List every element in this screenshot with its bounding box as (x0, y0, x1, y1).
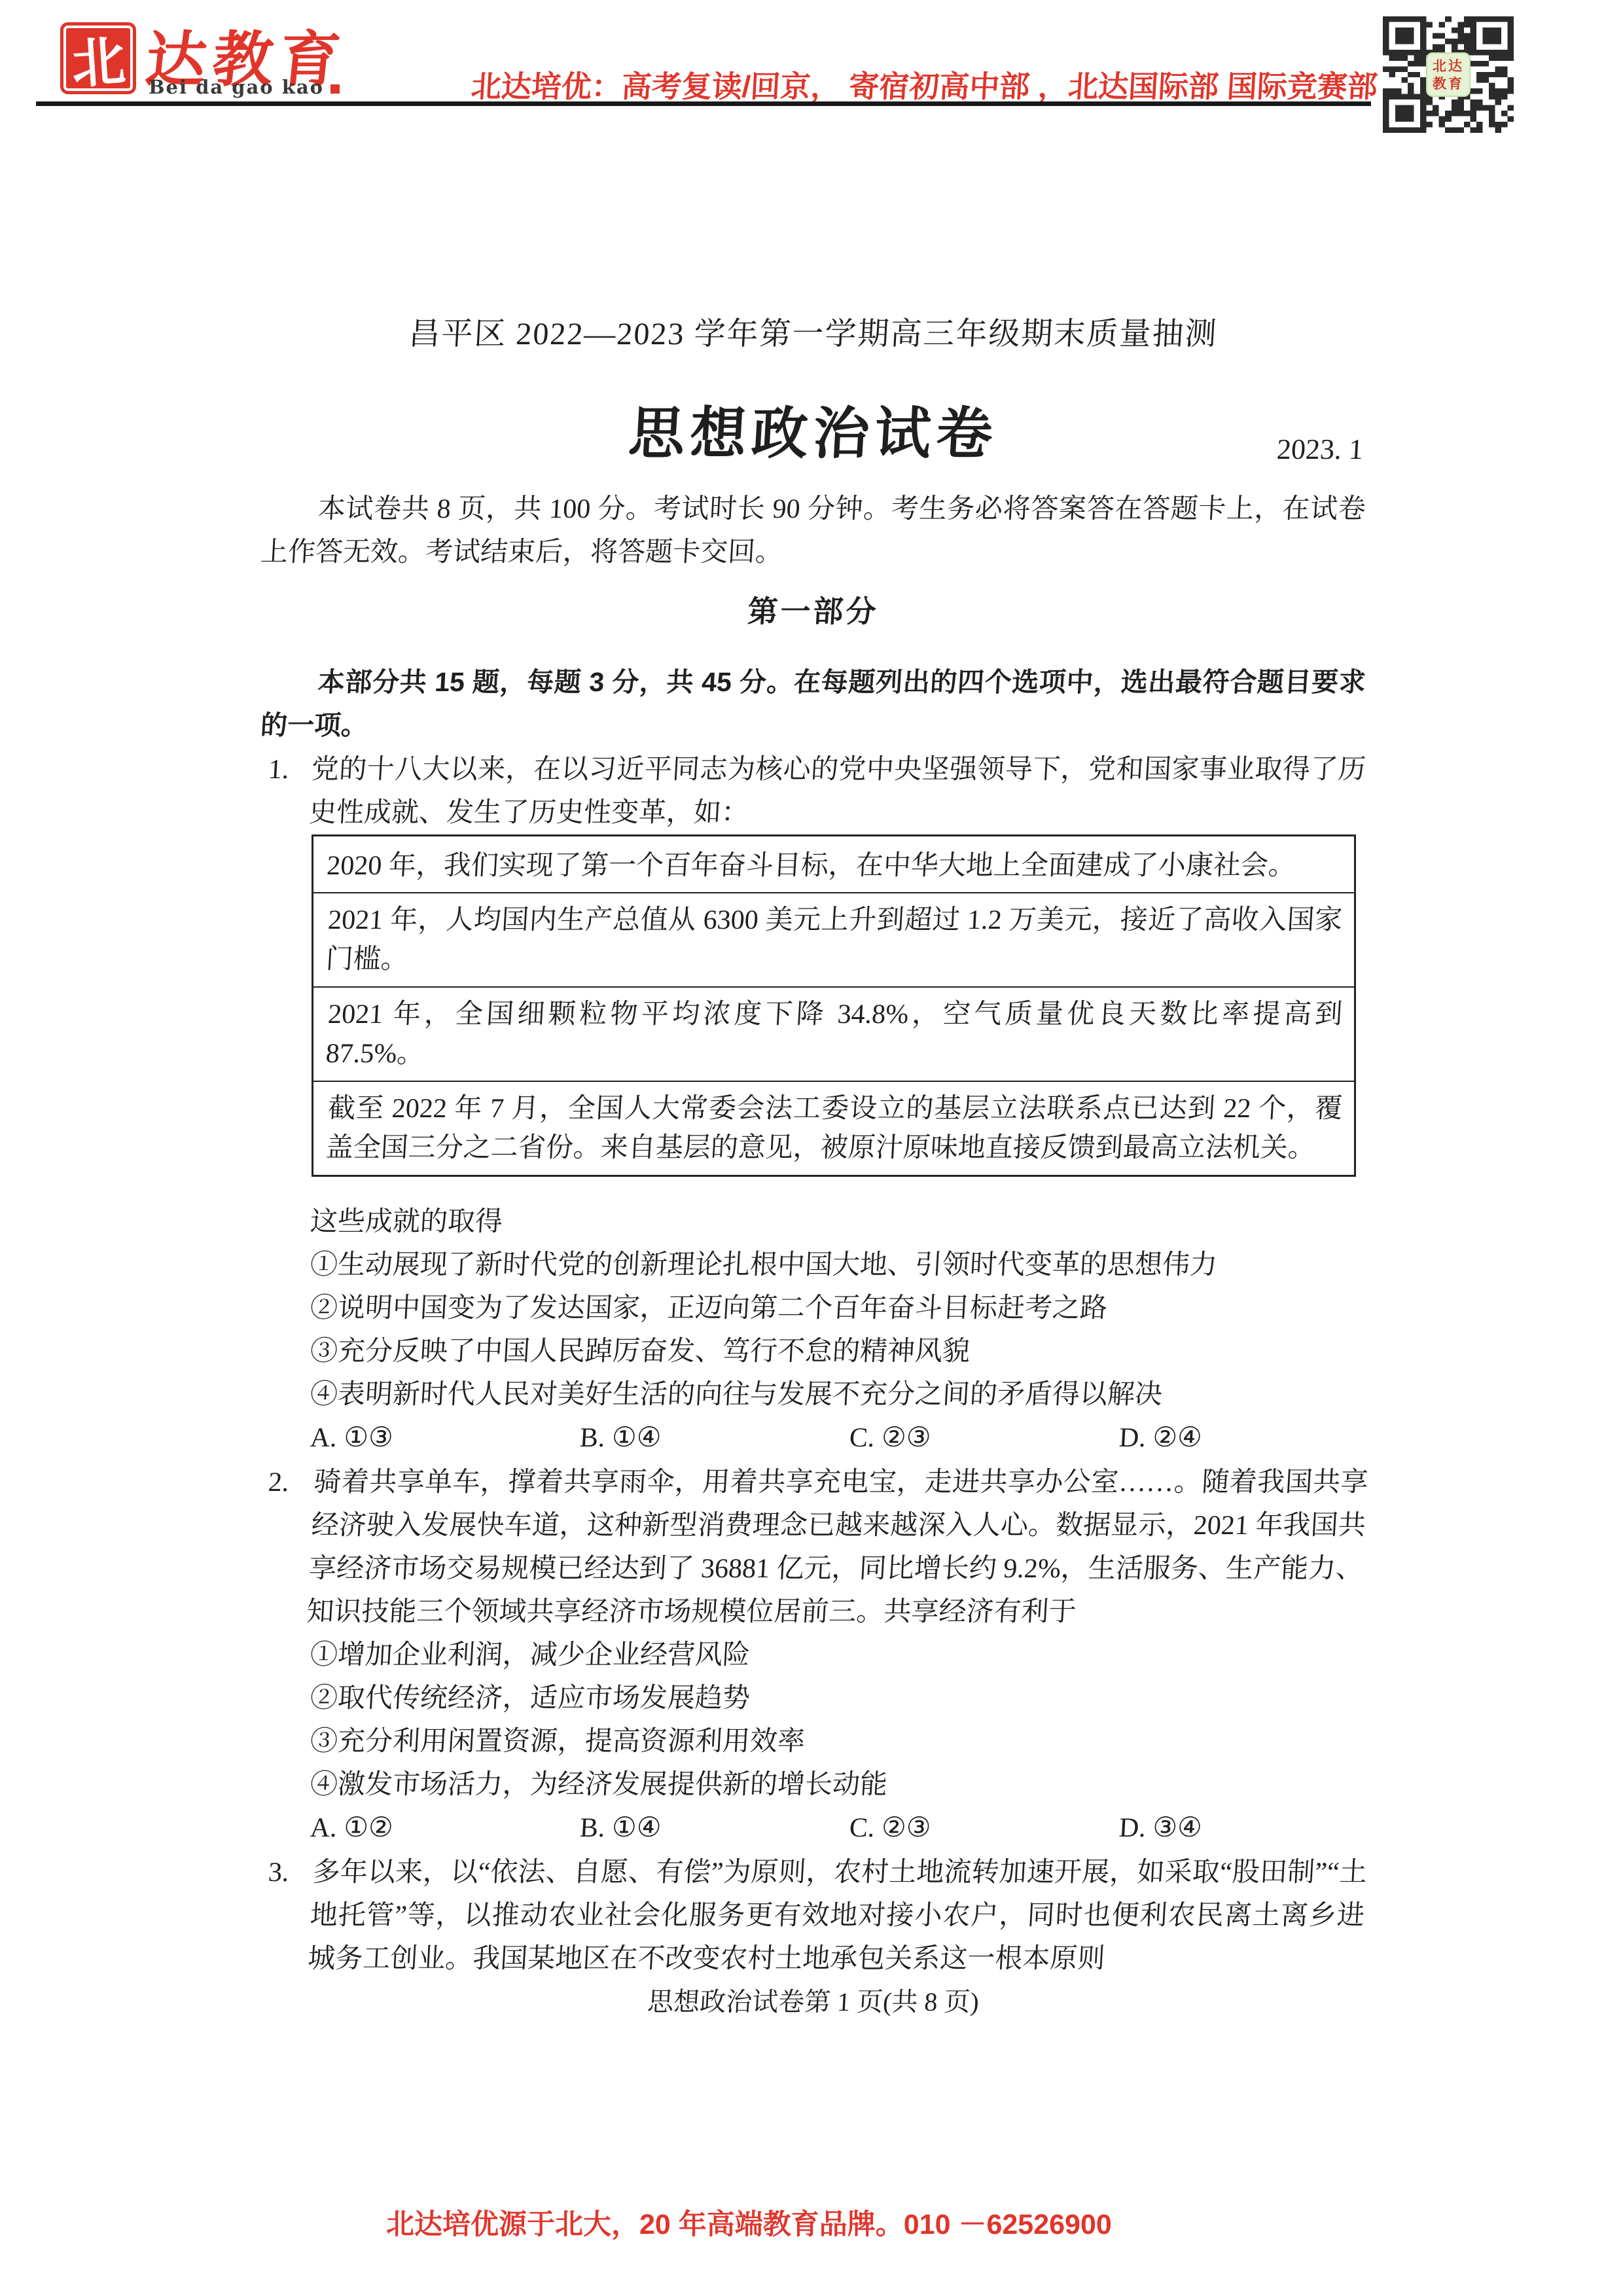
option-a: A. ①② (309, 1806, 581, 1850)
table-row: 截至 2022 年 7 月，全国人大常委会法工委设立的基层立法联系点已达到 22… (313, 1081, 1355, 1176)
statement-item: ③充分利用闲置资源，提高资源利用效率 (309, 1720, 1366, 1763)
exam-content: 昌平区 2022—2023 学年第一学期高三年级期末质量抽测 思想政治试卷 20… (262, 311, 1364, 2050)
table-row: 2021 年，人均国内生产总值从 6300 美元上升到超过 1.2 万美元，接近… (313, 893, 1355, 987)
statement-item: ②取代传统经济，适应市场发展趋势 (309, 1677, 1366, 1720)
exam-title: 思想政治试卷 (260, 401, 1366, 467)
statement-item: ④激发市场活力，为经济发展提供新的增长动能 (309, 1763, 1366, 1806)
table-row: 2021 年，全国细颗粒物平均浓度下降 34.8%，空气质量优良天数比率提高到 … (313, 987, 1355, 1081)
seal-character: 北 (69, 18, 128, 98)
option-c: C. ②③ (848, 1416, 1120, 1460)
question-1-lead-in: 这些成就的取得 (309, 1200, 1366, 1244)
qr-center-label: 北达 教育 (1426, 52, 1471, 97)
part1-note: 本部分共 15 题，每题 3 分，共 45 分。在每题列出的四个选项中，选出最符… (259, 660, 1366, 747)
option-d: D. ②④ (1118, 1416, 1203, 1460)
question-1-stem: 党的十八大以来，在以习近平同志为核心的党中央坚强领导下，党和国家事业取得了历史性… (308, 748, 1366, 834)
part1-heading: 第一部分 (260, 592, 1365, 632)
page-number-footer: 思想政治试卷第 1 页(共 8 页) (260, 1981, 1366, 2024)
question-3-stem: 多年以来，以“依法、自愿、有偿”为原则，农村土地流转加速开展，如采取“股田制”“… (306, 1851, 1368, 1981)
qr-code: 北达 教育 (1383, 16, 1514, 133)
exam-instructions: 本试卷共 8 页，共 100 分。考试时长 90 分钟。考生务必将答案答在答题卡… (259, 488, 1366, 574)
exam-header-line: 昌平区 2022—2023 学年第一学期高三年级期末质量抽测 (260, 311, 1366, 358)
statement-item: ②说明中国变为了发达国家，正迈向第二个百年奋斗目标赶考之路 (309, 1287, 1366, 1330)
question-2-number: 2. (267, 1461, 290, 1504)
beida-seal-icon: 北 (60, 22, 136, 94)
header-rule (36, 101, 1371, 106)
exam-title-block: 思想政治试卷 2023. 1 (262, 401, 1364, 467)
achievements-table: 2020 年，我们实现了第一个百年奋斗目标，在中华大地上全面建成了小康社会。 2… (312, 834, 1356, 1177)
question-3: 3. 多年以来，以“依法、自愿、有偿”为原则，农村土地流转加速开展，如采取“股田… (262, 1851, 1364, 1981)
option-d: D. ③④ (1118, 1806, 1203, 1850)
bottom-footer: 北达培优源于北大，20 年高端教育品牌。010 －62526900 (386, 2202, 1112, 2242)
exam-date: 2023. 1 (1276, 434, 1364, 465)
question-1-number: 1. (267, 748, 290, 791)
statement-item: ①增加企业利润，减少企业经营风险 (309, 1634, 1366, 1677)
table-row: 2020 年，我们实现了第一个百年奋斗目标，在中华大地上全面建成了小康社会。 (313, 836, 1355, 893)
page-header: 北 达教育 Bei da gao kao 北达培优：高考复读/回京， 寄宿初高中… (0, 0, 1623, 151)
statement-item: ③充分反映了中国人民踔厉奋发、笃行不怠的精神风貌 (309, 1330, 1366, 1373)
option-b: B. ①④ (579, 1806, 851, 1850)
question-2-options: A. ①② B. ①④ C. ②③ D. ③④ (310, 1806, 1364, 1850)
brand-latin-subtitle: Bei da gao kao (149, 76, 340, 98)
option-a: A. ①③ (309, 1416, 581, 1460)
question-1-options: A. ①③ B. ①④ C. ②③ D. ②④ (310, 1416, 1364, 1460)
question-3-number: 3. (267, 1851, 290, 1894)
question-2: 2. 骑着共享单车，撑着共享雨伞，用着共享充电宝，走进共享办公室……。随着我国共… (262, 1461, 1364, 1850)
question-1: 1. 党的十八大以来，在以习近平同志为核心的党中央坚强领导下，党和国家事业取得了… (262, 748, 1364, 1460)
option-c: C. ②③ (848, 1806, 1120, 1850)
question-2-stem: 骑着共享单车，撑着共享雨伞，用着共享充电宝，走进共享办公室……。随着我国共享经济… (306, 1461, 1370, 1634)
header-slogan: 北达培优：高考复读/回京， 寄宿初高中部 ，北达国际部 国际竞赛部 (470, 63, 1389, 106)
red-square-icon (330, 84, 340, 94)
option-b: B. ①④ (579, 1416, 851, 1460)
statement-item: ①生动展现了新时代党的创新理论扎根中国大地、引领时代变革的思想伟力 (309, 1244, 1366, 1287)
statement-item: ④表明新时代人民对美好生活的向往与发展不充分之间的矛盾得以解决 (309, 1373, 1366, 1416)
